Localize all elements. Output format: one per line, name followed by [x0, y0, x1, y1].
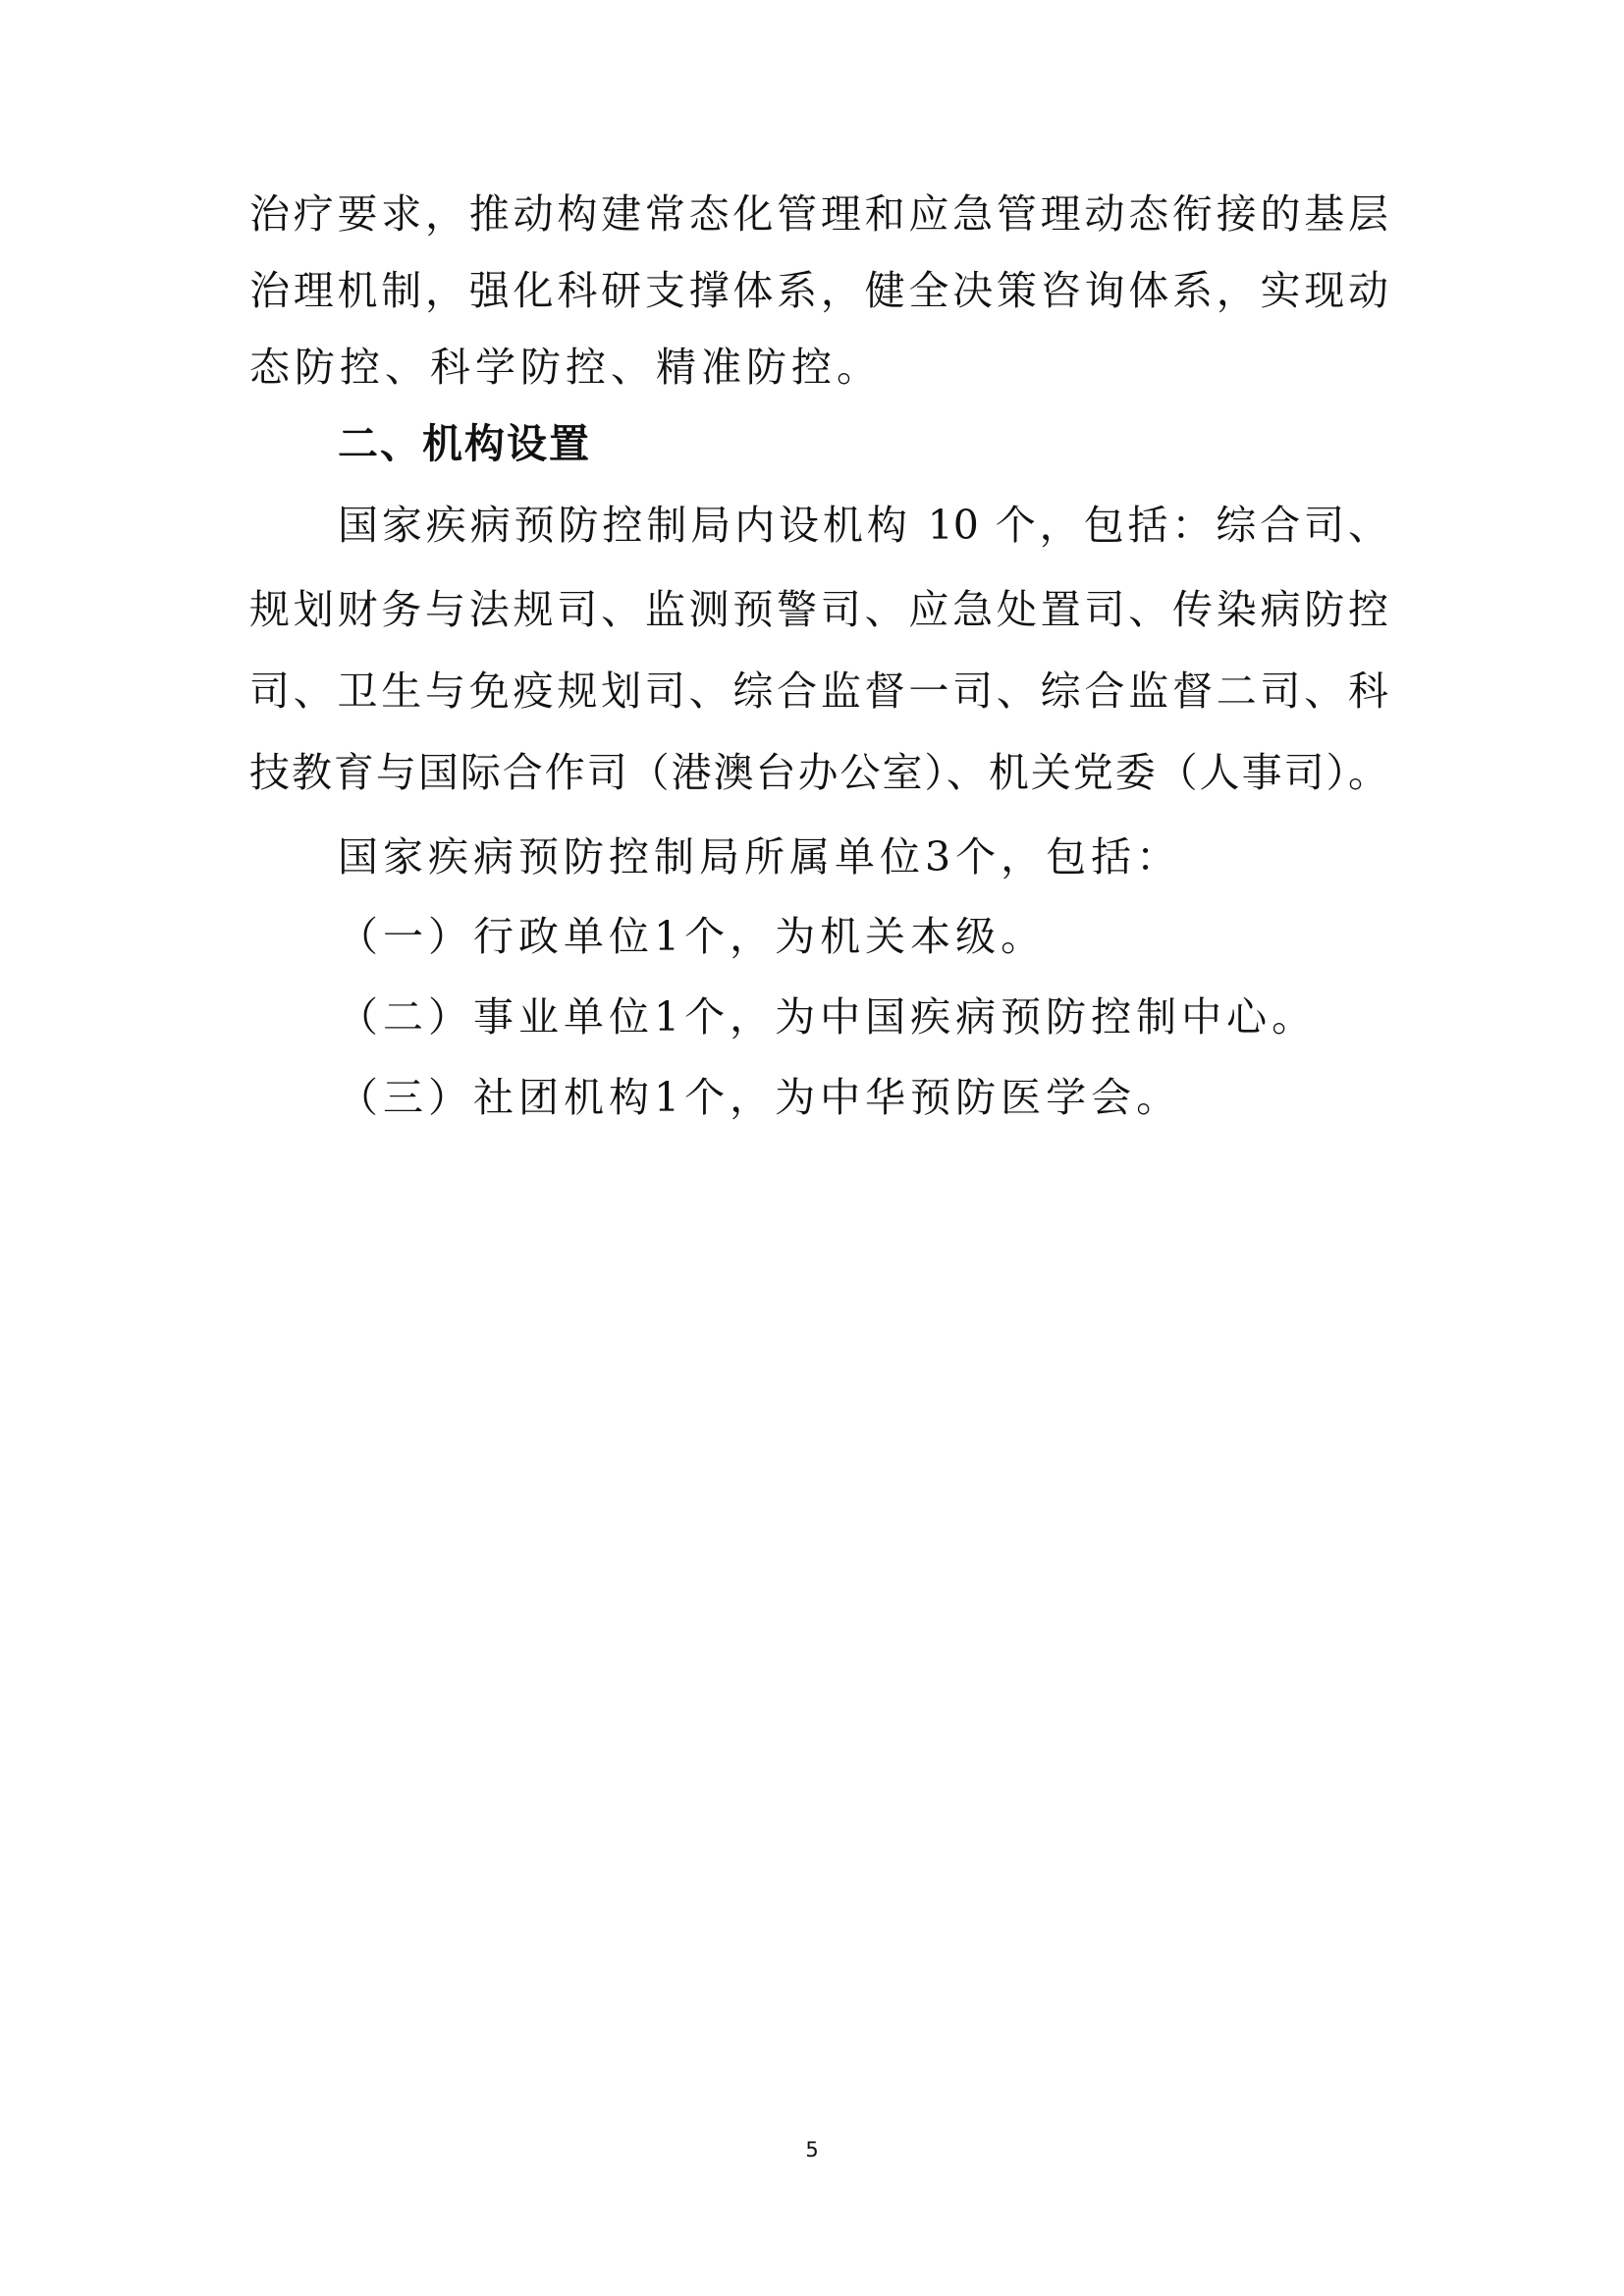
- section-heading: 二、机构设置: [338, 416, 591, 471]
- affiliated-unit-item: （二）事业单位1个，为中国疾病预防控制中心。: [338, 989, 1317, 1044]
- paragraph-line: 司、卫生与免疫规划司、综合监督一司、综合监督二司、科: [249, 664, 1388, 719]
- paragraph-line: 治疗要求，推动构建常态化管理和应急管理动态衔接的基层: [249, 187, 1388, 241]
- document-page: 治疗要求，推动构建常态化管理和应急管理动态衔接的基层 治理机制，强化科研支撑体系…: [0, 0, 1624, 2296]
- page-number: 5: [0, 2138, 1624, 2162]
- paragraph-line: 规划财务与法规司、监测预警司、应急处置司、传染病防控: [249, 582, 1388, 637]
- paragraph-line: 治理机制，强化科研支撑体系，健全决策咨询体系，实现动: [249, 263, 1388, 318]
- affiliated-unit-item: （三）社团机构1个，为中华预防医学会。: [338, 1070, 1181, 1125]
- paragraph-line: 技教育与国际合作司（港澳台办公室）、机关党委（人事司）。: [249, 745, 1388, 800]
- affiliated-units-intro: 国家疾病预防控制局所属单位3个，包括：: [338, 829, 1181, 884]
- paragraph-line: 国家疾病预防控制局内设机构 10 个，包括：综合司、: [338, 498, 1388, 553]
- affiliated-unit-item: （一）行政单位1个，为机关本级。: [338, 909, 1046, 964]
- paragraph-line: 态防控、科学防控、精准防控。: [249, 340, 1388, 395]
